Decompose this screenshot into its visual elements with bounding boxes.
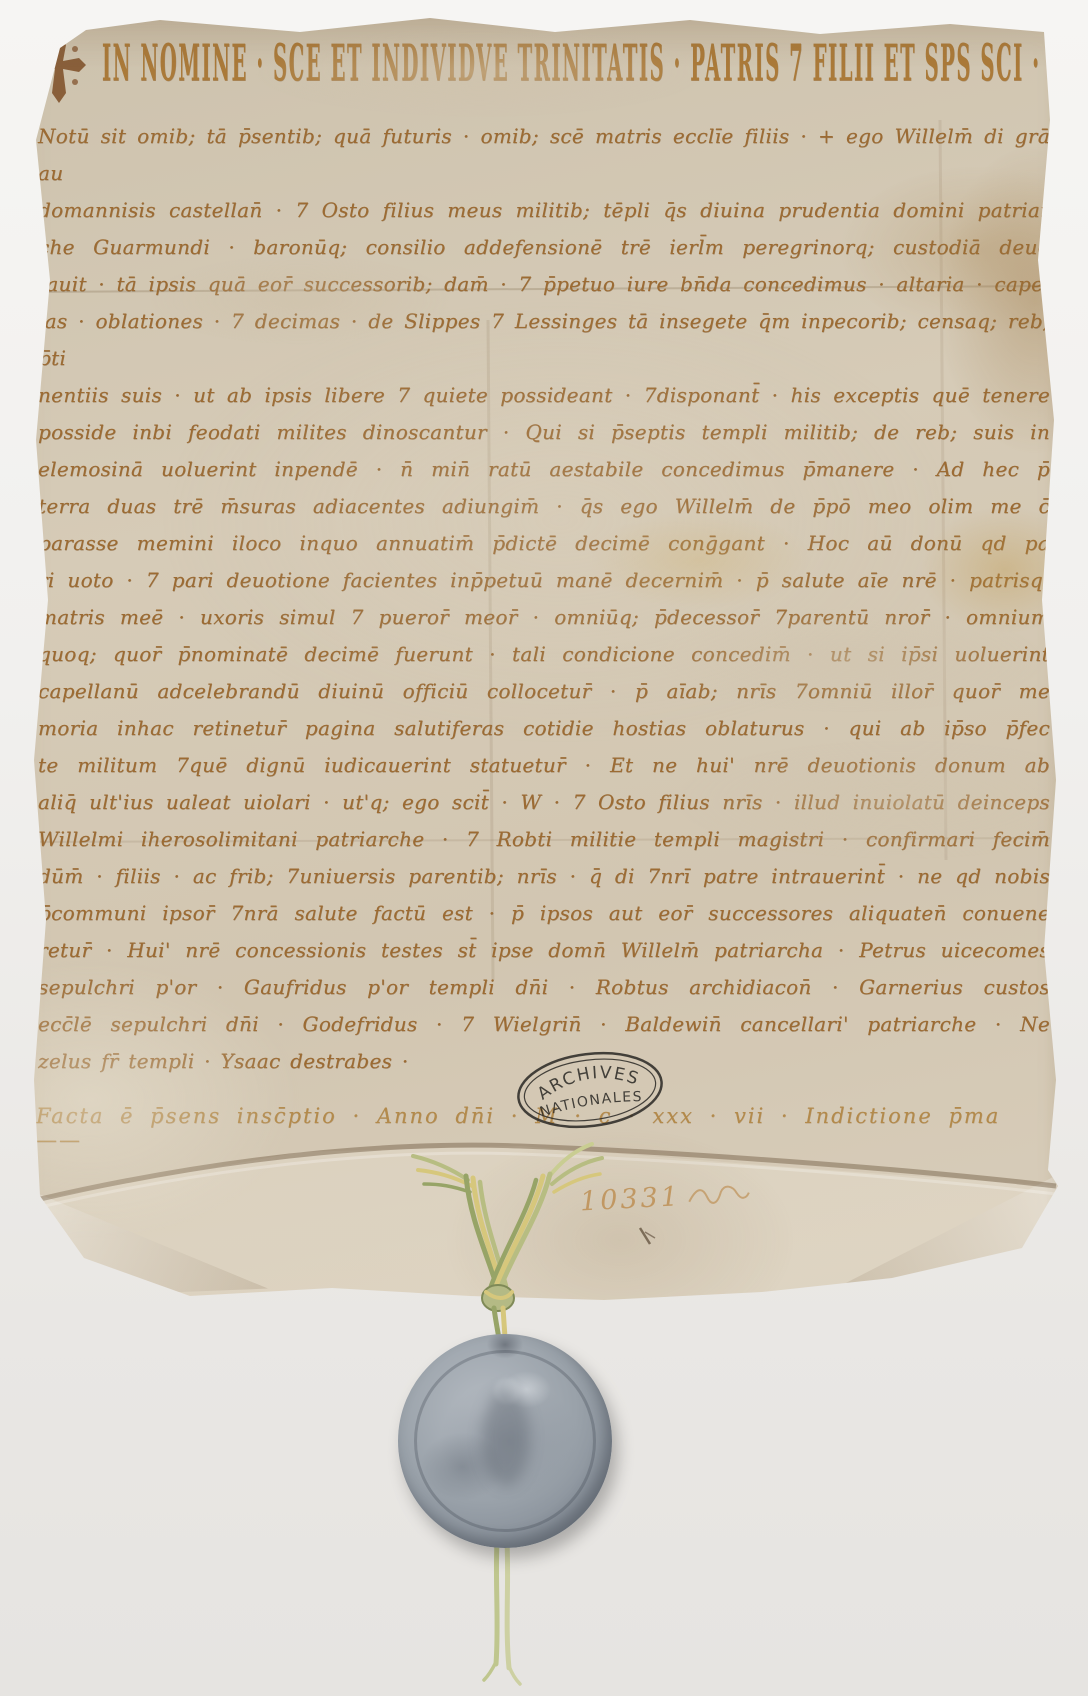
- wax-seal: [398, 1334, 612, 1548]
- charter-line: quoq; quor̄ p̄nominatē decimē fuerunt · …: [38, 636, 1050, 673]
- shelfmark-annotation: 10331: [579, 1178, 751, 1218]
- charter-line: ri uoto · 7 pari deuotione facientes inp…: [38, 562, 1050, 599]
- bottom-right-fold: [838, 1172, 1063, 1287]
- charter-line: posside inbi feodati milites dinoscantur…: [38, 414, 1050, 451]
- charter-text: Notū sit omib; tā p̄sentib; quā futuris …: [38, 118, 1050, 1080]
- charter-line: Willelmi iherosolimitani patriarche · 7 …: [38, 821, 1050, 858]
- charter-line: domannisis castellan̄ · 7 Osto filius me…: [38, 192, 1050, 229]
- charter-line: parasse memini iloco inquo annuatim̄ p̄d…: [38, 525, 1050, 562]
- shelfmark-number: 10331: [579, 1181, 681, 1217]
- charter-line: terra duas trē m̄suras adiacentes adiung…: [38, 488, 1050, 525]
- charter-line: te militum 7quē dignū iudicauerint statu…: [38, 747, 1050, 784]
- charter-line: ecc̄lē sepulchri dn̄i · Godefridus · 7 W…: [38, 1006, 1050, 1043]
- charter-line: nentiis suis · ut ab ipsis libere 7 quie…: [38, 377, 1050, 414]
- charter-line: Notū sit omib; tā p̄sentib; quā futuris …: [38, 118, 1050, 192]
- photo-stage: IN NOMINE · SCE ET INDIVIDVE TRINITATIS …: [0, 0, 1088, 1696]
- invocation-text: IN NOMINE · SCE ET INDIVIDVE TRINITATIS …: [102, 34, 1088, 93]
- charter-line: aliq̄ ult'ius ualeat uiolari · ut'q; ego…: [38, 784, 1050, 821]
- charter-line: moria inhac retinetur̄ pagina salutifera…: [38, 710, 1050, 747]
- bottom-left-fold: [28, 1180, 268, 1298]
- charter-line: p̄communi ipsor̄ 7nrā salute factū est ·…: [38, 895, 1050, 932]
- seal-relief-figure: [494, 1378, 520, 1404]
- cross-pattee-icon: [30, 34, 88, 106]
- charter-line: matris meē · uxoris simul 7 pueror̄ meor…: [38, 599, 1050, 636]
- charter-line: capellanū adcelebrandū diuinū officiū co…: [38, 673, 1050, 710]
- charter-line: sepulchri p'or · Gaufridus p'or templi d…: [38, 969, 1050, 1006]
- charter-line: che Guarmundi · baronūq; consilio addefe…: [38, 229, 1050, 266]
- charter-line: las · oblationes · 7 decimas · de Slippe…: [38, 303, 1050, 377]
- shelfmark-flourish: [686, 1180, 751, 1209]
- charter-line: elemosinā uoluerint inpendē · n̄ min̄ ra…: [38, 451, 1050, 488]
- invocation-line: IN NOMINE · SCE ET INDIVIDVE TRINITATIS …: [30, 34, 1088, 114]
- charter-line: dūm̄ · filiis · ac frib; 7uniuersis pare…: [38, 858, 1050, 895]
- charter-line: tauit · tā ipsis quā eor̄ successorib; d…: [38, 266, 1050, 303]
- charter-line: retur̄ · Hui' nrē concessionis testes st…: [38, 932, 1050, 969]
